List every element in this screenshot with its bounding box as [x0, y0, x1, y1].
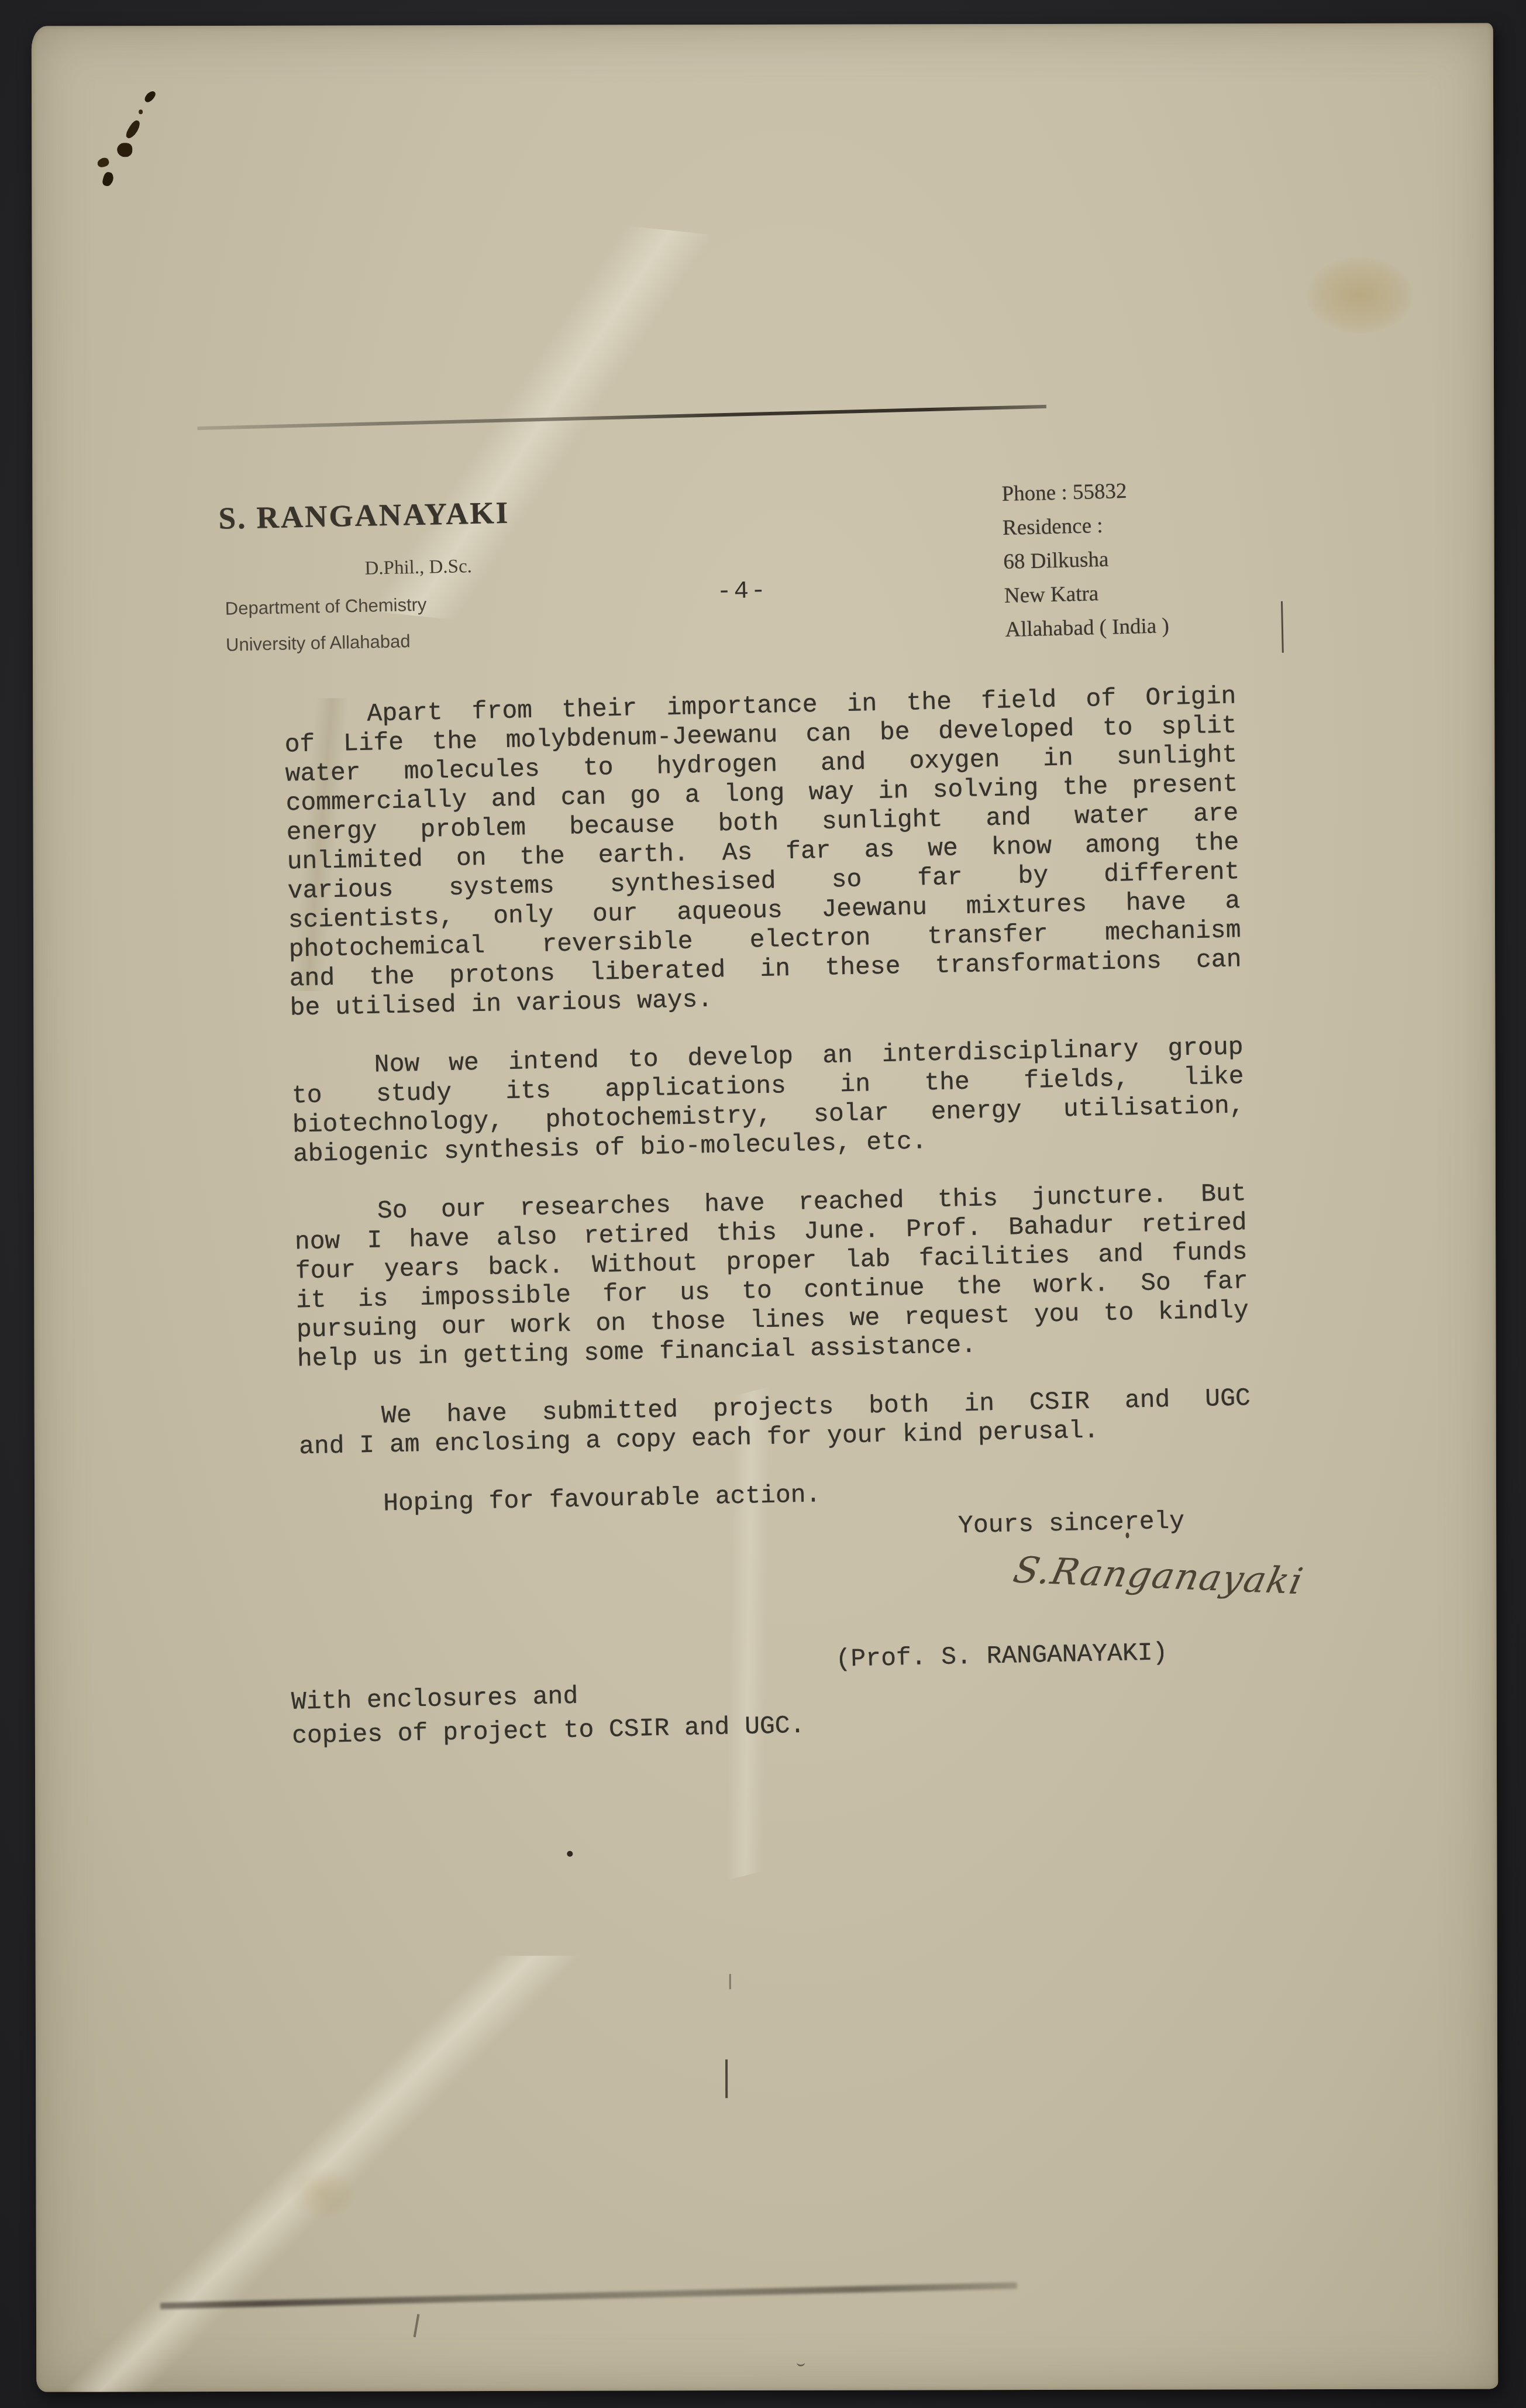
valediction: Yours sincerely: [958, 1506, 1185, 1540]
page-number: -4-: [717, 577, 769, 606]
letter-content: S. RANGANAYAKI D.Phil., D.Sc. Department…: [12, 10, 1521, 2405]
contact-line-area: New Katra: [1004, 575, 1169, 613]
letterhead-contact-block: Phone : 55832 Residence : 68 Dilkusha Ne…: [1001, 473, 1170, 647]
scan-background: S. RANGANAYAKI D.Phil., D.Sc. Department…: [0, 0, 1526, 2408]
letterhead-credentials: D.Phil., D.Sc.: [364, 556, 472, 580]
letterhead-department: Department of Chemistry: [225, 594, 427, 620]
paragraph: Apart from their importance in the field…: [284, 682, 1242, 1023]
contact-line-residence: Residence :: [1002, 507, 1167, 545]
contact-line-city: Allahabad ( India ): [1005, 609, 1170, 647]
letterhead-university: University of Allahabad: [226, 631, 411, 655]
residence-tick-mark: [1281, 601, 1284, 653]
signature-ink-dot: [1125, 1532, 1129, 1538]
paragraph: We have submitted projects both in CSIR …: [298, 1384, 1252, 1461]
paragraph: Now we intend to develop an interdiscipl…: [291, 1033, 1245, 1169]
enclosure-note: With enclosures and copies of project to…: [291, 1675, 805, 1753]
paragraph: So our researches have reached this junc…: [294, 1179, 1249, 1374]
contact-line-phone: Phone : 55832: [1001, 473, 1166, 511]
signatory-name: (Prof. S. RANGANAYAKI): [835, 1638, 1168, 1674]
letter-page: S. RANGANAYAKI D.Phil., D.Sc. Department…: [32, 23, 1498, 2392]
contact-line-street: 68 Dilkusha: [1003, 541, 1168, 579]
signature-script: S.Ranganayaki: [1010, 1549, 1307, 1602]
letterhead-name: S. RANGANAYAKI: [218, 496, 510, 536]
letter-body: Apart from their importance in the field…: [284, 682, 1253, 1549]
